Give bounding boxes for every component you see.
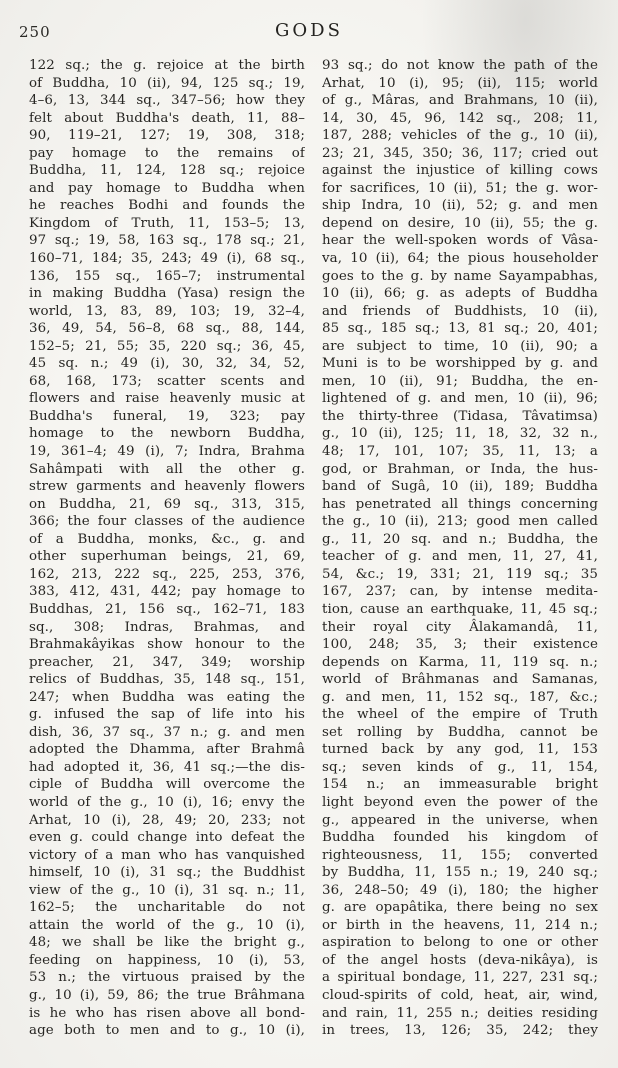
text-line: Sahâmpati with all the other g. [29, 461, 305, 479]
text-line: g., appeared in the universe, when [322, 812, 598, 830]
text-line: is he who has risen above all bond- [29, 1005, 305, 1023]
text-line: world of Brâhmanas and Samanas, [322, 671, 598, 689]
text-line: pay homage to the remains of [29, 145, 305, 163]
text-line: relics of Buddhas, 35, 148 sq., 151, [29, 671, 305, 689]
text-line: cloud-spirits of cold, heat, air, wind, [322, 987, 598, 1005]
text-line: Kingdom of Truth, 11, 153–5; 13, [29, 215, 305, 233]
text-line: lightened of g. and men, 10 (ii), 96; [322, 390, 598, 408]
text-line: 136, 155 sq., 165–7; instrumental [29, 268, 305, 286]
text-line: Brahmakâyikas show honour to the [29, 636, 305, 654]
text-line: g., 10 (ii), 125; 11, 18, 32, 32 n., [322, 425, 598, 443]
text-line: feeding on happiness, 10 (i), 53, [29, 952, 305, 970]
text-line: has penetrated all things concerning [322, 496, 598, 514]
text-line: world, 13, 83, 89, 103; 19, 32–4, [29, 303, 305, 321]
text-line: righteousness, 11, 155; converted [322, 847, 598, 865]
text-line: attain the world of the g., 10 (i), [29, 917, 305, 935]
text-line: adopted the Dhamma, after Brahmâ [29, 741, 305, 759]
text-line: 36, 248–50; 49 (i), 180; the higher [322, 882, 598, 900]
text-line: 100, 248; 35, 3; their existence [322, 636, 598, 654]
text-line: world of the g., 10 (i), 16; envy the [29, 794, 305, 812]
text-line: g. infused the sap of life into his [29, 706, 305, 724]
text-line: of the angel hosts (deva-nikâya), is [322, 952, 598, 970]
text-line: ship Indra, 10 (ii), 52; g. and men [322, 197, 598, 215]
text-line: 14, 30, 45, 96, 142 sq., 208; 11, [322, 110, 598, 128]
text-line: ciple of Buddha will overcome the [29, 776, 305, 794]
text-line: 19, 361–4; 49 (i), 7; Indra, Brahma [29, 443, 305, 461]
text-line: of Buddha, 10 (ii), 94, 125 sq.; 19, [29, 75, 305, 93]
text-line: 23; 21, 345, 350; 36, 117; cried out [322, 145, 598, 163]
text-line: the g., 10 (ii), 213; good men called [322, 513, 598, 531]
text-line: 247; when Buddha was eating the [29, 689, 305, 707]
text-line: g. and men, 11, 152 sq., 187, &c.; [322, 689, 598, 707]
text-line: 54, &c.; 19, 331; 21, 119 sq.; 35 [322, 566, 598, 584]
text-line: goes to the g. by name Sayampabhas, [322, 268, 598, 286]
page-header: 250 GODS [0, 20, 618, 46]
text-line: light beyond even the power of the [322, 794, 598, 812]
text-line: in trees, 13, 126; 35, 242; they [322, 1022, 598, 1040]
text-line: men, 10 (ii), 91; Buddha, the en- [322, 373, 598, 391]
text-line: 10 (ii), 66; g. as adepts of Buddha [322, 285, 598, 303]
text-line: va, 10 (ii), 64; the pious householder [322, 250, 598, 268]
text-line: 97 sq.; 19, 58, 163 sq., 178 sq.; 21, [29, 232, 305, 250]
text-line: the thirty-three (Tidasa, Tâvatimsa) [322, 408, 598, 426]
text-line: turned back by any god, 11, 153 [322, 741, 598, 759]
text-line: of a Buddha, monks, &c., g. and [29, 531, 305, 549]
text-line: 48; 17, 101, 107; 35, 11, 13; a [322, 443, 598, 461]
text-line: flowers and raise heavenly music at [29, 390, 305, 408]
text-line: in making Buddha (Yasa) resign the [29, 285, 305, 303]
text-line: 160–71, 184; 35, 243; 49 (i), 68 sq., [29, 250, 305, 268]
text-line: 383, 412, 431, 442; pay homage to [29, 583, 305, 601]
text-line: 187, 288; vehicles of the g., 10 (ii), [322, 127, 598, 145]
text-line: Buddhas, 21, 156 sq., 162–71, 183 [29, 601, 305, 619]
text-line: depends on Karma, 11, 119 sq. n.; [322, 654, 598, 672]
text-line: Arhat, 10 (i), 95; (ii), 115; world [322, 75, 598, 93]
text-line: Buddha's funeral, 19, 323; pay [29, 408, 305, 426]
text-line: g., 10 (i), 59, 86; the true Brâhmana [29, 987, 305, 1005]
text-line: by Buddha, 11, 155 n.; 19, 240 sq.; [322, 864, 598, 882]
text-line: other superhuman beings, 21, 69, [29, 548, 305, 566]
text-line: 93 sq.; do not know the path of the [322, 57, 598, 75]
text-line: sq.; seven kinds of g., 11, 154, [322, 759, 598, 777]
text-line: 154 n.; an immeasurable bright [322, 776, 598, 794]
text-line: homage to the newborn Buddha, [29, 425, 305, 443]
text-line: and pay homage to Buddha when [29, 180, 305, 198]
text-line: band of Sugâ, 10 (ii), 189; Buddha [322, 478, 598, 496]
text-line: for sacrifices, 10 (ii), 51; the g. wor- [322, 180, 598, 198]
text-line: on Buddha, 21, 69 sq., 313, 315, [29, 496, 305, 514]
text-line: 53 n.; the virtuous praised by the [29, 969, 305, 987]
text-line: g. are opapâtika, there being no sex [322, 899, 598, 917]
text-line: felt about Buddha's death, 11, 88– [29, 110, 305, 128]
text-line: strew garments and heavenly flowers [29, 478, 305, 496]
text-line: 152–5; 21, 55; 35, 220 sq.; 36, 45, [29, 338, 305, 356]
text-line: 90, 119–21, 127; 19, 308, 318; [29, 127, 305, 145]
text-line: victory of a man who has vanquished [29, 847, 305, 865]
text-line: g., 11, 20 sq. and n.; Buddha, the [322, 531, 598, 549]
text-line: age both to men and to g., 10 (i), [29, 1022, 305, 1040]
text-line: are subject to time, 10 (ii), 90; a [322, 338, 598, 356]
text-line: Arhat, 10 (i), 28, 49; 20, 233; not [29, 812, 305, 830]
text-line: their royal city Âlakamandâ, 11, [322, 619, 598, 637]
text-line: 167, 237; can, by intense medita- [322, 583, 598, 601]
text-line: preacher, 21, 347, 349; worship [29, 654, 305, 672]
text-line: of g., Mâras, and Brahmans, 10 (ii), [322, 92, 598, 110]
text-line: set rolling by Buddha, cannot be [322, 724, 598, 742]
text-line: teacher of g. and men, 11, 27, 41, [322, 548, 598, 566]
text-line: 162, 213, 222 sq., 225, 253, 376, [29, 566, 305, 584]
text-line: Muni is to be worshipped by g. and [322, 355, 598, 373]
text-line: had adopted it, 36, 41 sq.;—the dis- [29, 759, 305, 777]
index-text-column-left: 122 sq.; the g. rejoice at the birthof B… [29, 57, 305, 1068]
text-columns: 122 sq.; the g. rejoice at the birthof B… [29, 57, 602, 1068]
text-line: and rain, 11, 255 n.; deities residing [322, 1005, 598, 1023]
text-line: tion, cause an earthquake, 11, 45 sq.; [322, 601, 598, 619]
text-line: dish, 36, 37 sq., 37 n.; g. and men [29, 724, 305, 742]
text-line: Buddha founded his kingdom of [322, 829, 598, 847]
text-line: Buddha, 11, 124, 128 sq.; rejoice [29, 162, 305, 180]
text-line: or birth in the heavens, 11, 214 n.; [322, 917, 598, 935]
text-line: himself, 10 (i), 31 sq.; the Buddhist [29, 864, 305, 882]
text-line: sq., 308; Indras, Brahmas, and [29, 619, 305, 637]
text-line: 36, 49, 54, 56–8, 68 sq., 88, 144, [29, 320, 305, 338]
text-line: 366; the four classes of the audience [29, 513, 305, 531]
text-line: 85 sq., 185 sq.; 13, 81 sq.; 20, 401; [322, 320, 598, 338]
text-line: a spiritual bondage, 11, 227, 231 sq.; [322, 969, 598, 987]
text-line: 48; we shall be like the bright g., [29, 934, 305, 952]
text-line: hear the well-spoken words of Vâsa- [322, 232, 598, 250]
text-line: against the injustice of killing cows [322, 162, 598, 180]
text-line: view of the g., 10 (i), 31 sq. n.; 11, [29, 882, 305, 900]
text-line: 122 sq.; the g. rejoice at the birth [29, 57, 305, 75]
text-line: god, or Brahman, or Inda, the hus- [322, 461, 598, 479]
text-line: he reaches Bodhi and founds the [29, 197, 305, 215]
text-line: depend on desire, 10 (ii), 55; the g. [322, 215, 598, 233]
text-line: 68, 168, 173; scatter scents and [29, 373, 305, 391]
text-line: the wheel of the empire of Truth [322, 706, 598, 724]
text-line: and friends of Buddhists, 10 (ii), [322, 303, 598, 321]
text-line: 4–6, 13, 344 sq., 347–56; how they [29, 92, 305, 110]
index-text-column-right: 93 sq.; do not know the path of theArhat… [322, 57, 598, 1068]
text-line: 45 sq. n.; 49 (i), 30, 32, 34, 52, [29, 355, 305, 373]
text-line: even g. could change into defeat the [29, 829, 305, 847]
running-head-title: GODS [0, 20, 618, 41]
text-line: 162–5; the uncharitable do not [29, 899, 305, 917]
text-line: aspiration to belong to one or other [322, 934, 598, 952]
book-page: 250 GODS 122 sq.; the g. rejoice at the … [0, 0, 618, 1068]
